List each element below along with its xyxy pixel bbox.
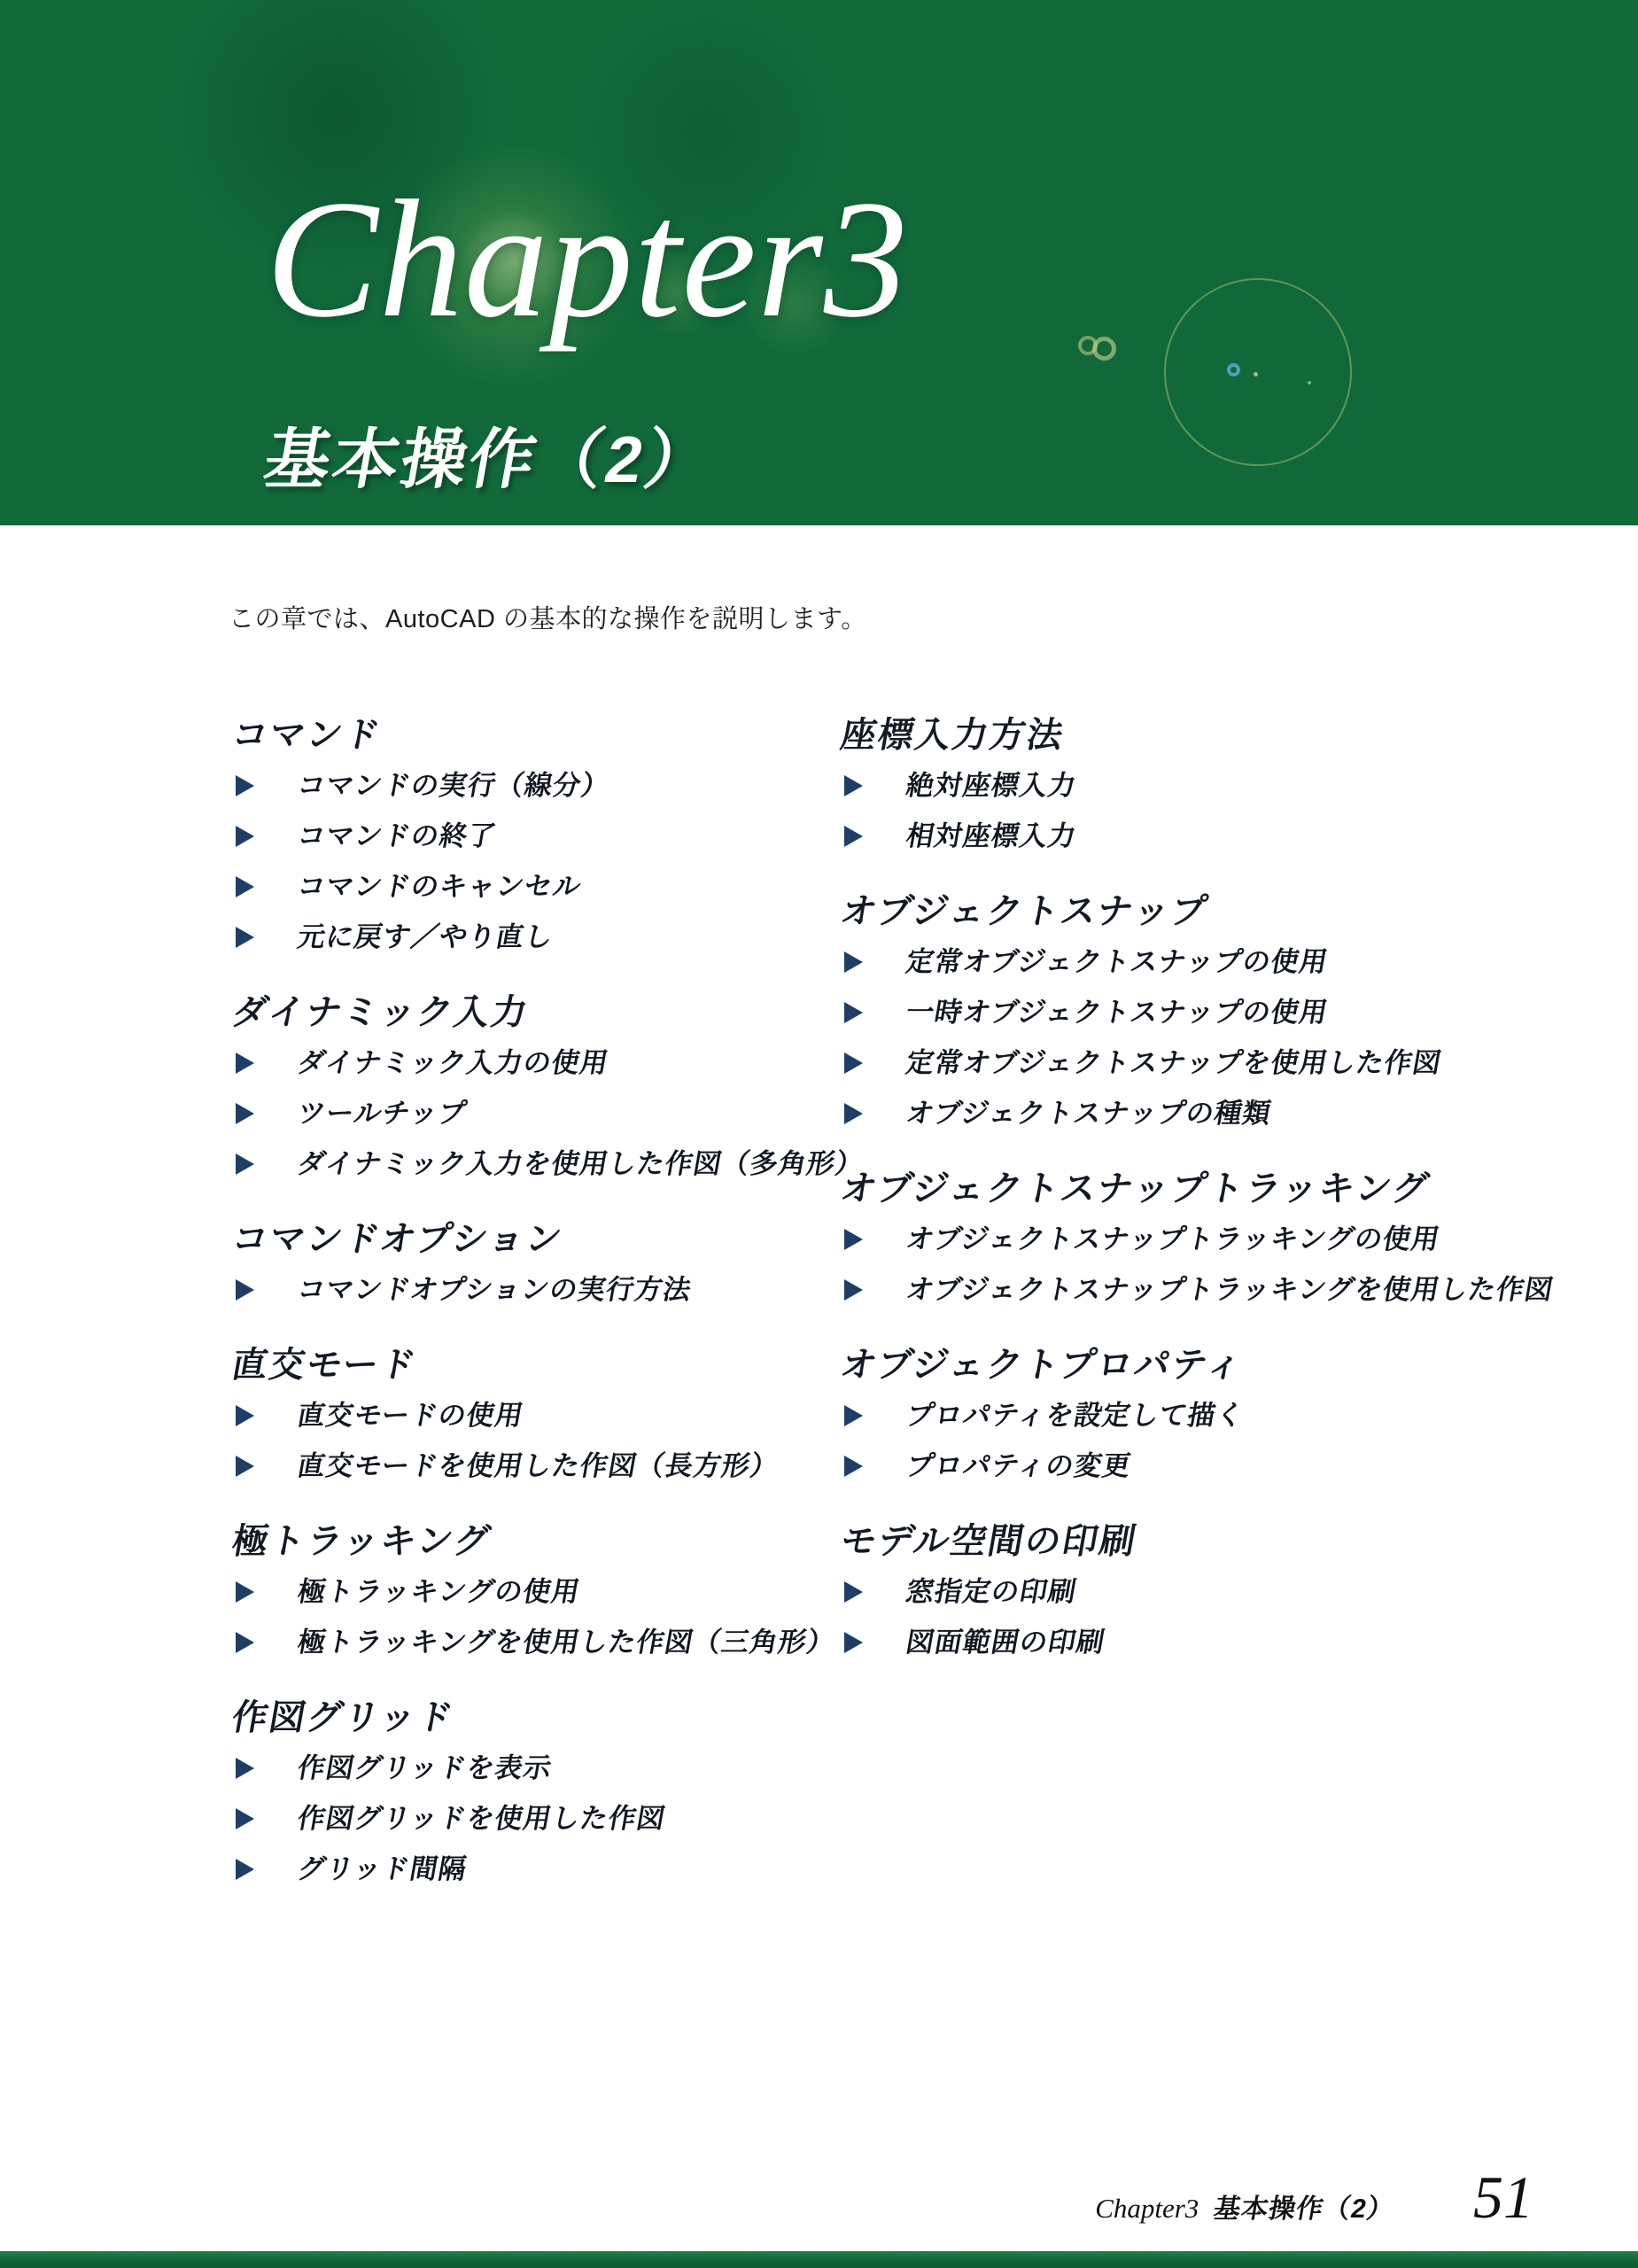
toc-item: 一時オブジェクトスナップの使用: [837, 997, 1634, 1029]
toc-item-label: 定常オブジェクトスナップを使用した作図: [904, 1047, 1444, 1079]
arrow-right-triangle-icon: [844, 1279, 863, 1301]
page-footer: Chapter3 基本操作（2） 51: [1095, 2167, 1533, 2227]
toc-item-label: オブジェクトスナップトラッキングを使用した作図: [904, 1274, 1556, 1306]
toc-item-label: 絶対座標入力: [904, 770, 1079, 802]
toc-item: 作図グリッドを表示: [229, 1752, 831, 1784]
page-number: 51: [1473, 2167, 1533, 2227]
toc-section: 座標入力方法絶対座標入力相対座標入力: [837, 714, 1634, 852]
toc-item-label: 定常オブジェクトスナップの使用: [904, 946, 1331, 978]
toc-section-heading: モデル空間の印刷: [837, 1520, 1638, 1563]
toc-item-label: 元に戻す／やり直し: [295, 921, 555, 953]
book-page: Chapter3 基本操作（2） この章では、AutoCAD の基本的な操作を説…: [0, 0, 1638, 2268]
arrow-right-triangle-icon: [844, 826, 863, 847]
toc-section: コマンドオプションコマンドオプションの実行方法: [229, 1218, 831, 1306]
toc-item: コマンドの終了: [229, 820, 831, 852]
chapter-header-banner: Chapter3 基本操作（2）: [0, 0, 1638, 525]
toc-item-label: ダイナミック入力の使用: [295, 1047, 611, 1079]
footer-chapter-label: Chapter3: [1095, 2193, 1199, 2225]
toc-section: 直交モード直交モードの使用直交モードを使用した作図（長方形）: [229, 1344, 831, 1482]
toc-item: 窓指定の印刷: [837, 1576, 1634, 1608]
toc-section: 作図グリッド作図グリッドを表示作図グリッドを使用した作図グリッド間隔: [229, 1697, 831, 1885]
toc-item: 極トラッキングを使用した作図（三角形）: [229, 1627, 831, 1658]
toc-item: コマンドの実行（線分）: [229, 770, 831, 802]
toc-item: プロパティを設定して描く: [837, 1400, 1634, 1432]
lens-flare-dot-icon: [1308, 381, 1311, 384]
arrow-right-triangle-icon: [844, 1103, 863, 1124]
chapter-title-heading: 基本操作（2）: [259, 423, 720, 495]
toc-item-label: コマンドオプションの実行方法: [295, 1274, 695, 1306]
lens-flare-ring-small-icon: [1092, 337, 1116, 361]
toc-item: 直交モードの使用: [229, 1400, 831, 1432]
toc-item: 直交モードを使用した作図（長方形）: [229, 1450, 831, 1482]
toc-section-heading: 直交モード: [229, 1344, 838, 1386]
toc-section: ダイナミック入力ダイナミック入力の使用ツールチップダイナミック入力を使用した作図…: [229, 991, 831, 1180]
arrow-right-triangle-icon: [844, 1052, 863, 1074]
toc-section-heading: オブジェクトプロパティ: [837, 1344, 1638, 1386]
arrow-right-triangle-icon: [236, 1279, 254, 1301]
toc-item: プロパティの変更: [837, 1450, 1634, 1482]
toc-item: 極トラッキングの使用: [229, 1576, 831, 1608]
toc-item-label: コマンドの終了: [295, 820, 499, 852]
chapter-number-heading: Chapter3: [266, 175, 909, 344]
arrow-right-triangle-icon: [844, 951, 863, 973]
toc-item-label: 相対座標入力: [904, 820, 1079, 852]
lens-flare-ring-large-icon: [1164, 278, 1352, 466]
toc-section-heading: コマンド: [229, 714, 838, 757]
toc-section-heading: オブジェクトスナップ: [837, 890, 1638, 933]
toc-column-left: コマンドコマンドの実行（線分）コマンドの終了コマンドのキャンセル元に戻す／やり直…: [229, 714, 831, 1923]
arrow-right-triangle-icon: [236, 1456, 254, 1477]
toc-section: コマンドコマンドの実行（線分）コマンドの終了コマンドのキャンセル元に戻す／やり直…: [229, 714, 831, 953]
toc-item: ダイナミック入力を使用した作図（多角形）: [229, 1148, 831, 1180]
arrow-right-triangle-icon: [236, 1808, 254, 1829]
toc-item: コマンドオプションの実行方法: [229, 1274, 831, 1306]
toc-section: モデル空間の印刷窓指定の印刷図面範囲の印刷: [837, 1520, 1634, 1658]
toc-item-label: コマンドの実行（線分）: [295, 770, 612, 802]
toc-item: 定常オブジェクトスナップの使用: [837, 946, 1634, 978]
toc-item-label: 直交モードを使用した作図（長方形）: [295, 1450, 781, 1482]
arrow-right-triangle-icon: [236, 1758, 254, 1779]
toc-item: ツールチップ: [229, 1098, 831, 1130]
toc-item: 定常オブジェクトスナップを使用した作図: [837, 1047, 1634, 1079]
arrow-right-triangle-icon: [844, 775, 863, 796]
toc-item-label: 作図グリッドを表示: [295, 1752, 555, 1784]
toc-item-label: 窓指定の印刷: [904, 1576, 1079, 1608]
toc-item: コマンドのキャンセル: [229, 871, 831, 903]
arrow-right-triangle-icon: [236, 1103, 254, 1124]
arrow-right-triangle-icon: [236, 927, 254, 948]
toc-item-label: オブジェクトスナップトラッキングの使用: [904, 1223, 1442, 1255]
toc-item: オブジェクトスナップの種類: [837, 1098, 1634, 1130]
toc-section-heading: 極トラッキング: [229, 1520, 838, 1563]
lens-flare-dot-icon: [1254, 372, 1258, 377]
toc-item: ダイナミック入力の使用: [229, 1047, 831, 1079]
toc-item: 図面範囲の印刷: [837, 1627, 1634, 1658]
toc-item-label: プロパティの変更: [904, 1450, 1134, 1482]
toc-item-label: 一時オブジェクトスナップの使用: [904, 997, 1331, 1029]
toc-item-label: コマンドのキャンセル: [295, 871, 584, 903]
toc-item: 絶対座標入力: [837, 770, 1634, 802]
arrow-right-triangle-icon: [844, 1405, 863, 1426]
toc-section-heading: コマンドオプション: [229, 1218, 838, 1261]
toc-item: 元に戻す／やり直し: [229, 921, 831, 953]
toc-section: 極トラッキング極トラッキングの使用極トラッキングを使用した作図（三角形）: [229, 1520, 831, 1658]
toc-section-heading: ダイナミック入力: [229, 991, 838, 1034]
toc-item: 相対座標入力: [837, 820, 1634, 852]
toc-section: オブジェクトスナップ定常オブジェクトスナップの使用一時オブジェクトスナップの使用…: [837, 890, 1634, 1130]
toc-item-label: グリッド間隔: [295, 1853, 470, 1885]
arrow-right-triangle-icon: [844, 1456, 863, 1477]
toc-item: オブジェクトスナップトラッキングの使用: [837, 1223, 1634, 1255]
arrow-right-triangle-icon: [236, 1581, 254, 1603]
bottom-green-bar: [0, 2251, 1638, 2268]
arrow-right-triangle-icon: [236, 826, 254, 847]
arrow-right-triangle-icon: [236, 876, 254, 897]
toc-item: オブジェクトスナップトラッキングを使用した作図: [837, 1274, 1634, 1306]
toc-section-heading: 座標入力方法: [837, 714, 1638, 757]
toc-section-heading: オブジェクトスナップトラッキング: [837, 1168, 1638, 1210]
toc-item-label: ダイナミック入力を使用した作図（多角形）: [295, 1148, 866, 1180]
toc-section: オブジェクトスナップトラッキングオブジェクトスナップトラッキングの使用オブジェク…: [837, 1168, 1634, 1306]
toc-section: オブジェクトプロパティプロパティを設定して描くプロパティの変更: [837, 1344, 1634, 1482]
arrow-right-triangle-icon: [844, 1632, 863, 1653]
toc-item-label: ツールチップ: [295, 1098, 470, 1130]
arrow-right-triangle-icon: [236, 775, 254, 796]
toc-section-heading: 作図グリッド: [229, 1697, 838, 1739]
footer-chapter-title: 基本操作（2）: [1211, 2186, 1398, 2225]
lens-flare-ring-blue-icon: [1227, 363, 1240, 377]
toc-item: グリッド間隔: [229, 1853, 831, 1885]
arrow-right-triangle-icon: [844, 1229, 863, 1250]
arrow-right-triangle-icon: [844, 1002, 863, 1023]
toc-item-label: 作図グリッドを使用した作図: [295, 1803, 668, 1835]
toc-item-label: 図面範囲の印刷: [904, 1627, 1107, 1658]
arrow-right-triangle-icon: [236, 1052, 254, 1074]
toc-item-label: オブジェクトスナップの種類: [904, 1098, 1274, 1130]
toc-item-label: プロパティを設定して描く: [904, 1400, 1247, 1432]
arrow-right-triangle-icon: [236, 1859, 254, 1880]
arrow-right-triangle-icon: [236, 1153, 254, 1175]
toc-item-label: 極トラッキングを使用した作図（三角形）: [295, 1627, 838, 1658]
toc-item: 作図グリッドを使用した作図: [229, 1803, 831, 1835]
toc-item-label: 極トラッキングの使用: [295, 1576, 583, 1608]
chapter-intro-text: この章では、AutoCAD の基本的な操作を説明します。: [229, 601, 867, 638]
arrow-right-triangle-icon: [236, 1405, 254, 1426]
arrow-right-triangle-icon: [844, 1581, 863, 1603]
arrow-right-triangle-icon: [236, 1632, 254, 1653]
toc-item-label: 直交モードの使用: [295, 1400, 526, 1432]
toc-column-right: 座標入力方法絶対座標入力相対座標入力オブジェクトスナップ定常オブジェクトスナップ…: [837, 714, 1634, 1697]
